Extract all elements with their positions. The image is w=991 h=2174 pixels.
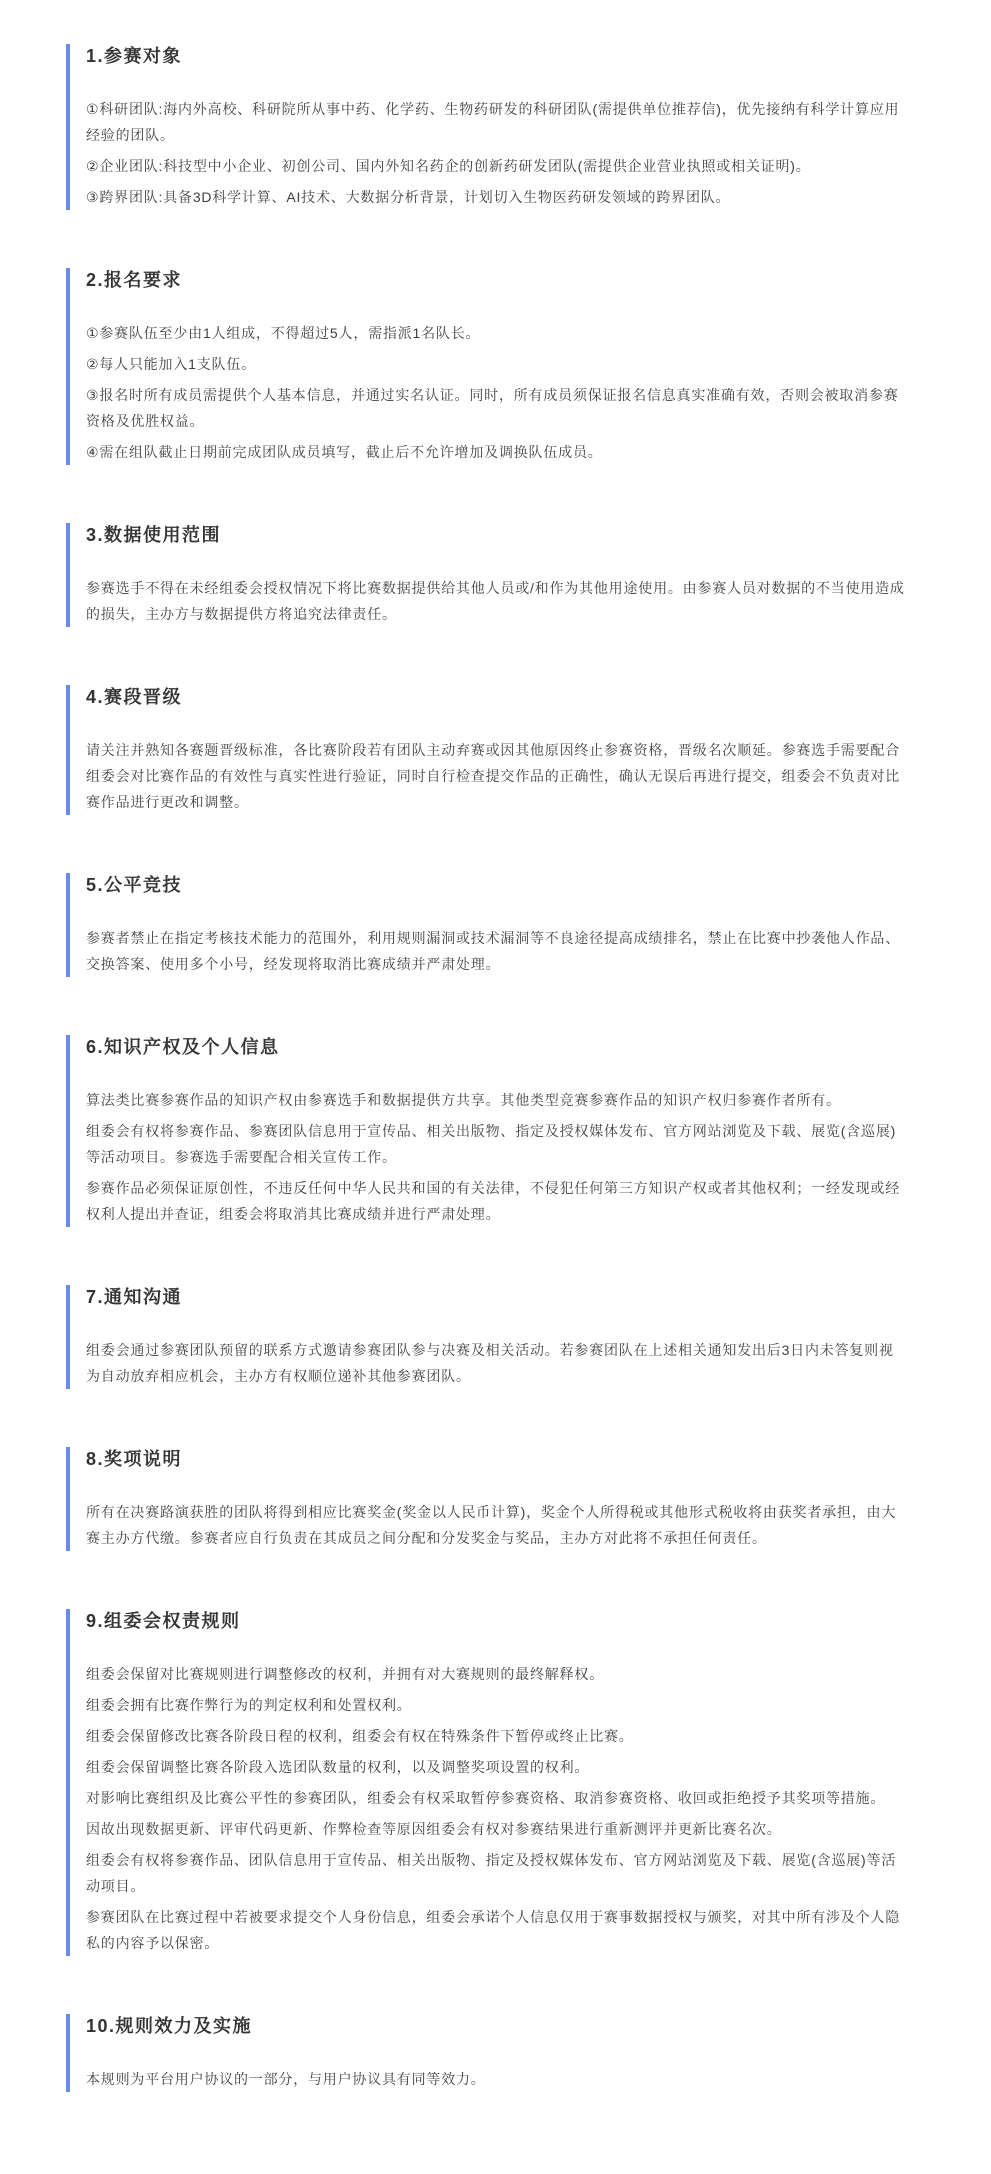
section-title: 2.报名要求 — [86, 268, 905, 292]
section-paragraph: 所有在决赛路演获胜的团队将得到相应比赛奖金(奖金以人民币计算)，奖金个人所得税或… — [86, 1499, 905, 1551]
section-title: 1.参赛对象 — [86, 44, 905, 68]
section-title: 10.规则效力及实施 — [86, 2014, 905, 2038]
section-paragraph: 对影响比赛组织及比赛公平性的参赛团队，组委会有权采取暂停参赛资格、取消参赛资格、… — [86, 1785, 905, 1811]
section-paragraph: 参赛选手不得在未经组委会授权情况下将比赛数据提供给其他人员或/和作为其他用途使用… — [86, 575, 905, 627]
section-paragraph: 参赛作品必须保证原创性，不违反任何中华人民共和国的有关法律，不侵犯任何第三方知识… — [86, 1175, 905, 1227]
section-paragraph: 组委会保留修改比赛各阶段日程的权利，组委会有权在特殊条件下暂停或终止比赛。 — [86, 1723, 905, 1749]
section-paragraph: 组委会有权将参赛作品、参赛团队信息用于宣传品、相关出版物、指定及授权媒体发布、官… — [86, 1118, 905, 1170]
rules-section: 2.报名要求 ①参赛队伍至少由1人组成，不得超过5人，需指派1名队长。②每人只能… — [66, 268, 905, 465]
rules-section: 8.奖项说明 所有在决赛路演获胜的团队将得到相应比赛奖金(奖金以人民币计算)，奖… — [66, 1447, 905, 1551]
section-paragraph: ④需在组队截止日期前完成团队成员填写，截止后不允许增加及调换队伍成员。 — [86, 439, 905, 465]
rules-section: 3.数据使用范围 参赛选手不得在未经组委会授权情况下将比赛数据提供给其他人员或/… — [66, 523, 905, 627]
rules-section: 1.参赛对象 ①科研团队:海内外高校、科研院所从事中药、化学药、生物药研发的科研… — [66, 44, 905, 210]
section-paragraph: 因故出现数据更新、评审代码更新、作弊检查等原因组委会有权对参赛结果进行重新测评并… — [86, 1816, 905, 1842]
section-title: 7.通知沟通 — [86, 1285, 905, 1309]
section-paragraph: ③跨界团队:具备3D科学计算、AI技术、大数据分析背景，计划切入生物医药研发领域… — [86, 184, 905, 210]
rules-section: 6.知识产权及个人信息 算法类比赛参赛作品的知识产权由参赛选手和数据提供方共享。… — [66, 1035, 905, 1227]
section-body: ①科研团队:海内外高校、科研院所从事中药、化学药、生物药研发的科研团队(需提供单… — [86, 96, 905, 210]
section-title: 3.数据使用范围 — [86, 523, 905, 547]
rules-section: 9.组委会权责规则 组委会保留对比赛规则进行调整修改的权利，并拥有对大赛规则的最… — [66, 1609, 905, 1956]
section-paragraph: ③报名时所有成员需提供个人基本信息，并通过实名认证。同时，所有成员须保证报名信息… — [86, 382, 905, 434]
rules-section: 4.赛段晋级 请关注并熟知各赛题晋级标准，各比赛阶段若有团队主动弃赛或因其他原因… — [66, 685, 905, 815]
section-paragraph: 组委会保留对比赛规则进行调整修改的权利，并拥有对大赛规则的最终解释权。 — [86, 1661, 905, 1687]
section-paragraph: ①科研团队:海内外高校、科研院所从事中药、化学药、生物药研发的科研团队(需提供单… — [86, 96, 905, 148]
section-title: 6.知识产权及个人信息 — [86, 1035, 905, 1059]
section-body: 组委会保留对比赛规则进行调整修改的权利，并拥有对大赛规则的最终解释权。组委会拥有… — [86, 1661, 905, 1956]
section-paragraph: 参赛团队在比赛过程中若被要求提交个人身份信息，组委会承诺个人信息仅用于赛事数据授… — [86, 1904, 905, 1956]
section-title: 8.奖项说明 — [86, 1447, 905, 1471]
section-paragraph: 请关注并熟知各赛题晋级标准，各比赛阶段若有团队主动弃赛或因其他原因终止参赛资格，… — [86, 737, 905, 815]
section-body: 参赛者禁止在指定考核技术能力的范围外，利用规则漏洞或技术漏洞等不良途径提高成绩排… — [86, 925, 905, 977]
section-title: 4.赛段晋级 — [86, 685, 905, 709]
section-title: 5.公平竞技 — [86, 873, 905, 897]
section-paragraph: ②企业团队:科技型中小企业、初创公司、国内外知名药企的创新药研发团队(需提供企业… — [86, 153, 905, 179]
section-paragraph: ①参赛队伍至少由1人组成，不得超过5人，需指派1名队长。 — [86, 320, 905, 346]
rules-page: 1.参赛对象 ①科研团队:海内外高校、科研院所从事中药、化学药、生物药研发的科研… — [0, 0, 991, 2174]
section-body: 请关注并熟知各赛题晋级标准，各比赛阶段若有团队主动弃赛或因其他原因终止参赛资格，… — [86, 737, 905, 815]
section-body: 组委会通过参赛团队预留的联系方式邀请参赛团队参与决赛及相关活动。若参赛团队在上述… — [86, 1337, 905, 1389]
section-body: 参赛选手不得在未经组委会授权情况下将比赛数据提供给其他人员或/和作为其他用途使用… — [86, 575, 905, 627]
rules-section: 5.公平竞技 参赛者禁止在指定考核技术能力的范围外，利用规则漏洞或技术漏洞等不良… — [66, 873, 905, 977]
section-body: 算法类比赛参赛作品的知识产权由参赛选手和数据提供方共享。其他类型竞赛参赛作品的知… — [86, 1087, 905, 1227]
section-body: 所有在决赛路演获胜的团队将得到相应比赛奖金(奖金以人民币计算)，奖金个人所得税或… — [86, 1499, 905, 1551]
section-paragraph: 组委会通过参赛团队预留的联系方式邀请参赛团队参与决赛及相关活动。若参赛团队在上述… — [86, 1337, 905, 1389]
rules-list: 1.参赛对象 ①科研团队:海内外高校、科研院所从事中药、化学药、生物药研发的科研… — [66, 44, 905, 2092]
rules-section: 7.通知沟通 组委会通过参赛团队预留的联系方式邀请参赛团队参与决赛及相关活动。若… — [66, 1285, 905, 1389]
section-paragraph: 组委会保留调整比赛各阶段入选团队数量的权利，以及调整奖项设置的权利。 — [86, 1754, 905, 1780]
rules-section: 10.规则效力及实施 本规则为平台用户协议的一部分，与用户协议具有同等效力。 — [66, 2014, 905, 2092]
section-body: ①参赛队伍至少由1人组成，不得超过5人，需指派1名队长。②每人只能加入1支队伍。… — [86, 320, 905, 465]
section-paragraph: ②每人只能加入1支队伍。 — [86, 351, 905, 377]
section-body: 本规则为平台用户协议的一部分，与用户协议具有同等效力。 — [86, 2066, 905, 2092]
section-paragraph: 组委会拥有比赛作弊行为的判定权利和处置权利。 — [86, 1692, 905, 1718]
section-paragraph: 组委会有权将参赛作品、团队信息用于宣传品、相关出版物、指定及授权媒体发布、官方网… — [86, 1847, 905, 1899]
section-paragraph: 参赛者禁止在指定考核技术能力的范围外，利用规则漏洞或技术漏洞等不良途径提高成绩排… — [86, 925, 905, 977]
section-paragraph: 算法类比赛参赛作品的知识产权由参赛选手和数据提供方共享。其他类型竞赛参赛作品的知… — [86, 1087, 905, 1113]
section-title: 9.组委会权责规则 — [86, 1609, 905, 1633]
section-paragraph: 本规则为平台用户协议的一部分，与用户协议具有同等效力。 — [86, 2066, 905, 2092]
